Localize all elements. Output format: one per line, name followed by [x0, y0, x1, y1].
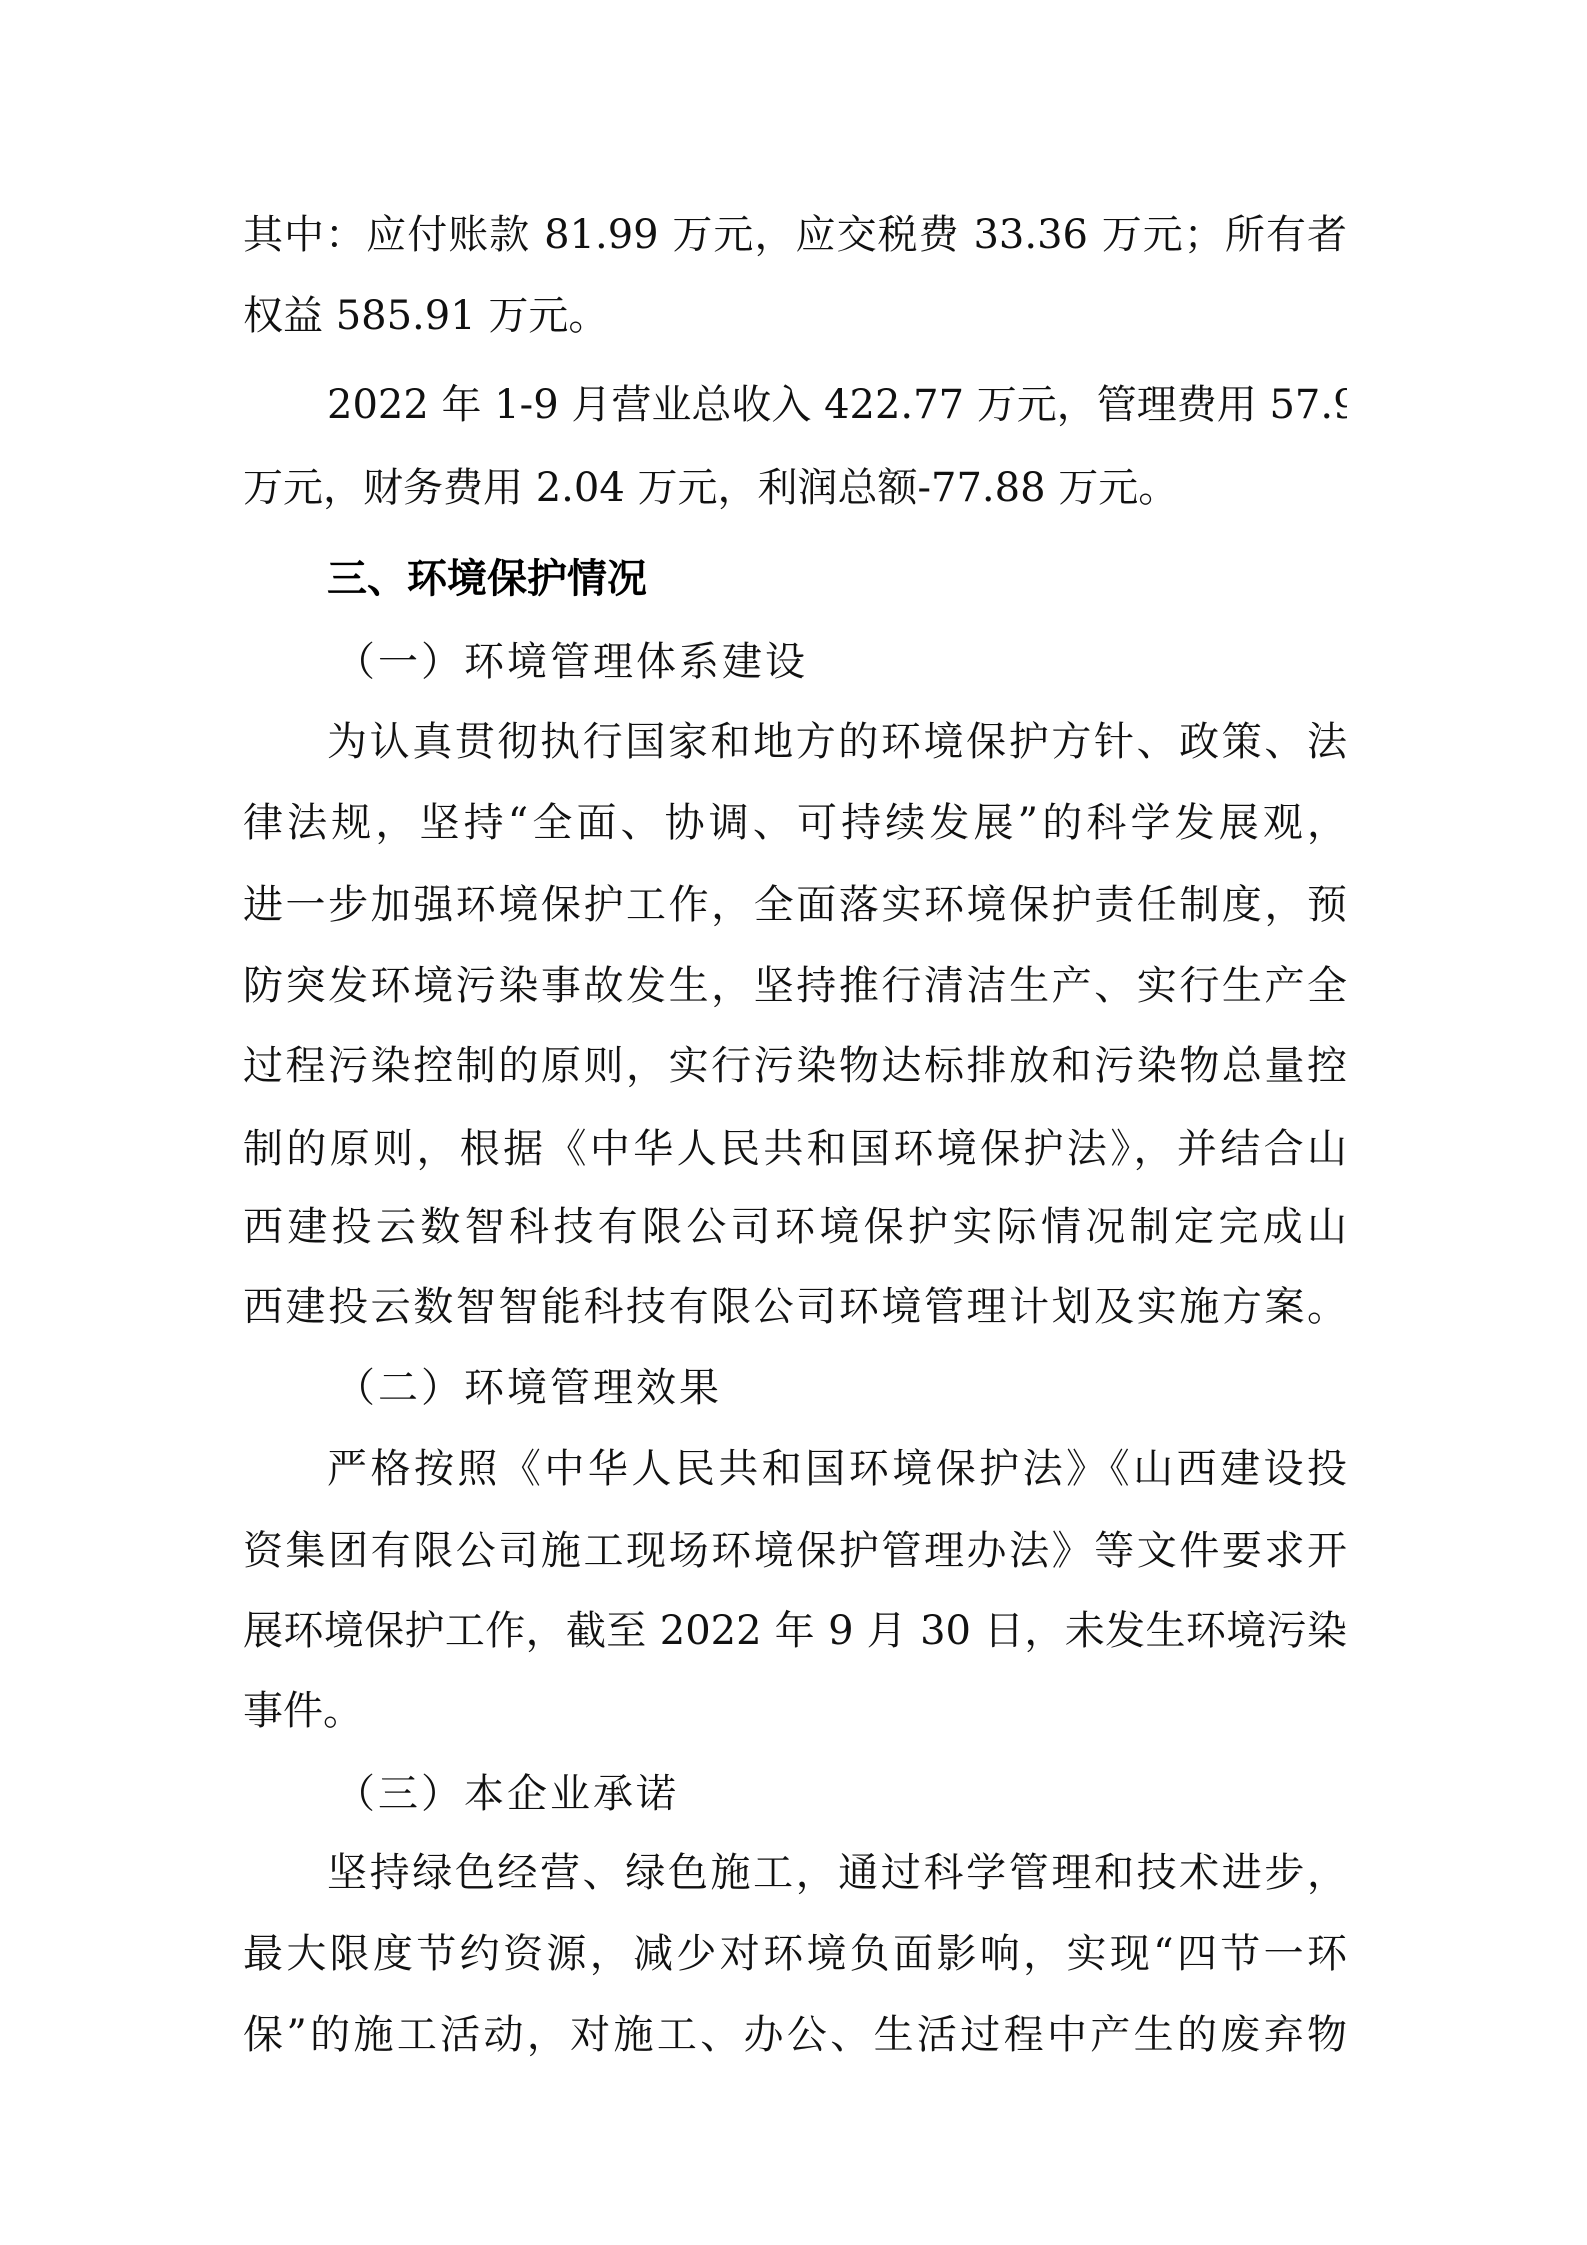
paragraph-line: 事件。: [243, 1686, 1347, 1736]
paragraph-line: 过程污染控制的原则，实行污染物达标排放和污染物总量控: [243, 1041, 1347, 1091]
subsection-heading: （三）本企业承诺: [335, 1769, 679, 1819]
paragraph-line: 西建投云数智科技有限公司环境保护实际情况制定完成山: [243, 1202, 1347, 1252]
paragraph-line: 最大限度节约资源，减少对环境负面影响，实现“四节一环: [243, 1929, 1347, 1979]
paragraph-line: 保”的施工活动，对施工、办公、生活过程中产生的废弃物: [243, 2010, 1347, 2060]
document-page: 其中：应付账款 81.99 万元，应交税费 33.36 万元；所有者 权益 58…: [0, 0, 1587, 2245]
paragraph-line: 其中：应付账款 81.99 万元，应交税费 33.36 万元；所有者: [243, 210, 1347, 260]
paragraph-line: 严格按照《中华人民共和国环境保护法》《山西建设投: [327, 1444, 1347, 1494]
subsection-heading: （一）环境管理体系建设: [335, 637, 808, 687]
paragraph-line: 制的原则，根据《中华人民共和国环境保护法》，并结合山: [243, 1124, 1347, 1174]
paragraph-line: 2022 年 1-9 月营业总收入 422.77 万元，管理费用 57.94: [327, 380, 1347, 430]
section-heading: 三、环境保护情况: [327, 554, 647, 604]
paragraph-line: 西建投云数智智能科技有限公司环境管理计划及实施方案。: [243, 1282, 1347, 1332]
paragraph-line: 进一步加强环境保护工作，全面落实环境保护责任制度，预: [243, 880, 1347, 930]
paragraph-line: 为认真贯彻执行国家和地方的环境保护方针、政策、法: [327, 717, 1347, 767]
paragraph-line: 展环境保护工作，截至 2022 年 9 月 30 日，未发生环境污染: [243, 1606, 1347, 1656]
paragraph-line: 坚持绿色经营、绿色施工，通过科学管理和技术进步，: [327, 1848, 1347, 1898]
subsection-heading: （二）环境管理效果: [335, 1363, 722, 1413]
paragraph-line: 权益 585.91 万元。: [243, 291, 1347, 341]
paragraph-line: 防突发环境污染事故发生，坚持推行清洁生产、实行生产全: [243, 961, 1347, 1011]
paragraph-line: 资集团有限公司施工现场环境保护管理办法》等文件要求开: [243, 1526, 1347, 1576]
paragraph-line: 万元，财务费用 2.04 万元，利润总额-77.88 万元。: [243, 463, 1347, 513]
paragraph-line: 律法规，坚持“全面、协调、可持续发展”的科学发展观，: [243, 798, 1347, 848]
